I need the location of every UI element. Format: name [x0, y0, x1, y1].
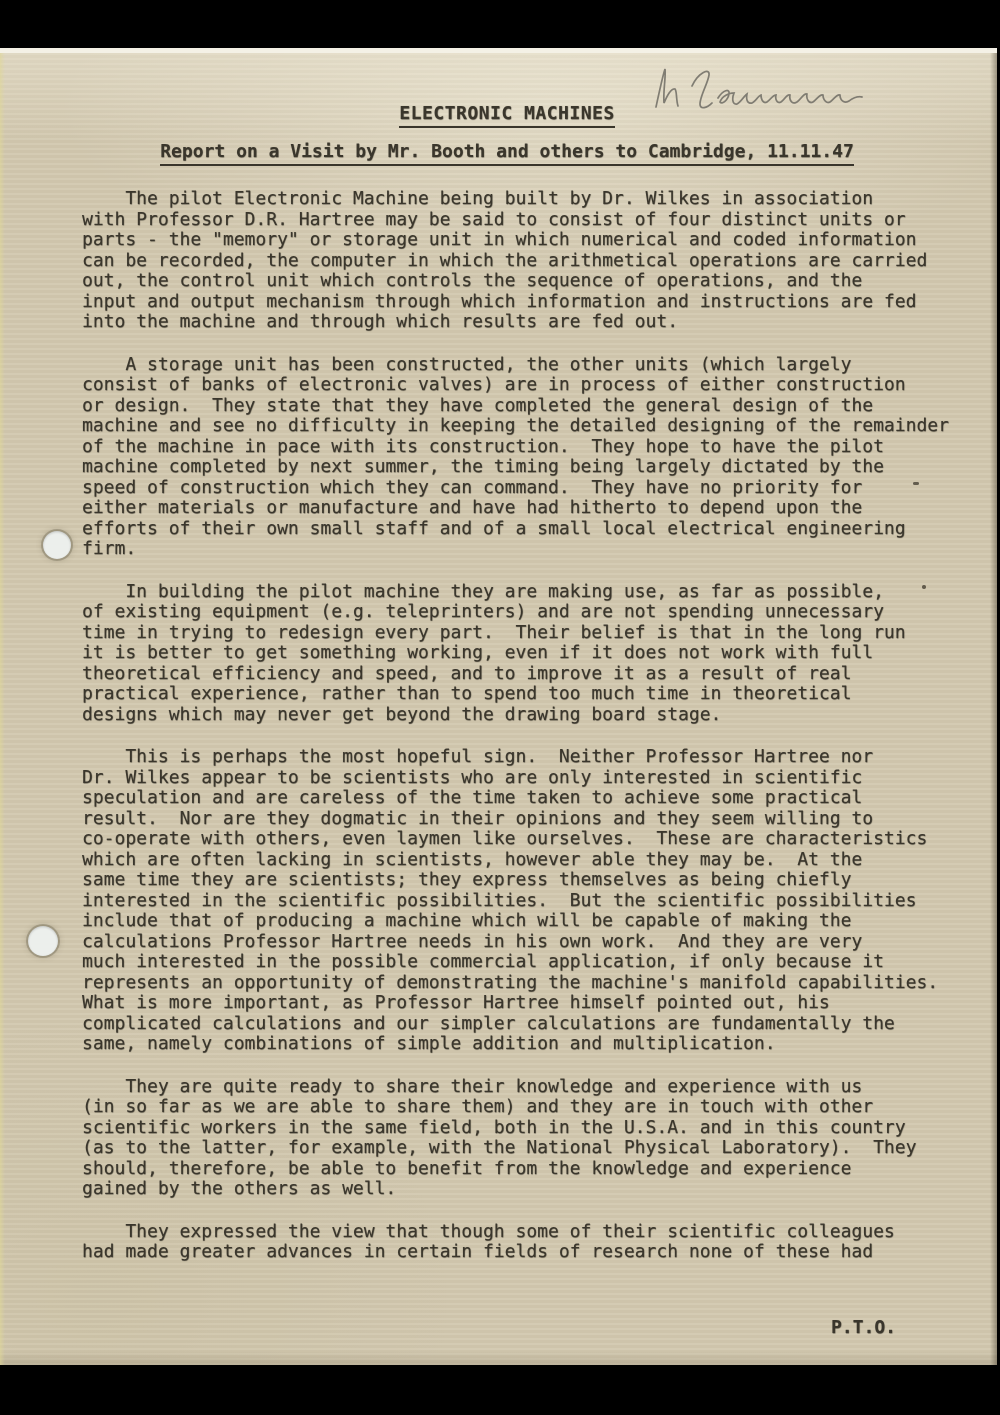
document-title-text: ELECTRONIC MACHINES — [399, 103, 614, 128]
paragraph-6: They expressed the view that though some… — [82, 1222, 932, 1263]
document-subtitle-text: Report on a Visit by Mr. Booth and other… — [160, 141, 854, 166]
ink-speck — [913, 482, 919, 485]
scanned-paper: ELECTRONIC MACHINES Report on a Visit by… — [0, 48, 997, 1365]
paragraph-1: The pilot Electronic Machine being built… — [82, 189, 932, 333]
paragraph-4: This is perhaps the most hopeful sign. N… — [82, 747, 932, 1055]
paragraph-3: In building the pilot machine they are m… — [82, 582, 932, 726]
document-body: ELECTRONIC MACHINES Report on a Visit by… — [82, 103, 932, 1338]
paragraph-5: They are quite ready to share their know… — [82, 1077, 932, 1200]
document-subtitle: Report on a Visit by Mr. Booth and other… — [82, 141, 932, 162]
document-title: ELECTRONIC MACHINES — [82, 103, 932, 124]
paragraph-2: A storage unit has been constructed, the… — [82, 355, 932, 560]
punch-hole-bottom — [28, 926, 58, 956]
scan-background: { "page": { "background_color": "#000000… — [0, 0, 1000, 1415]
page-turn-footer: P.T.O. — [82, 1317, 932, 1338]
ink-speck — [922, 585, 926, 589]
punch-hole-top — [43, 531, 71, 559]
